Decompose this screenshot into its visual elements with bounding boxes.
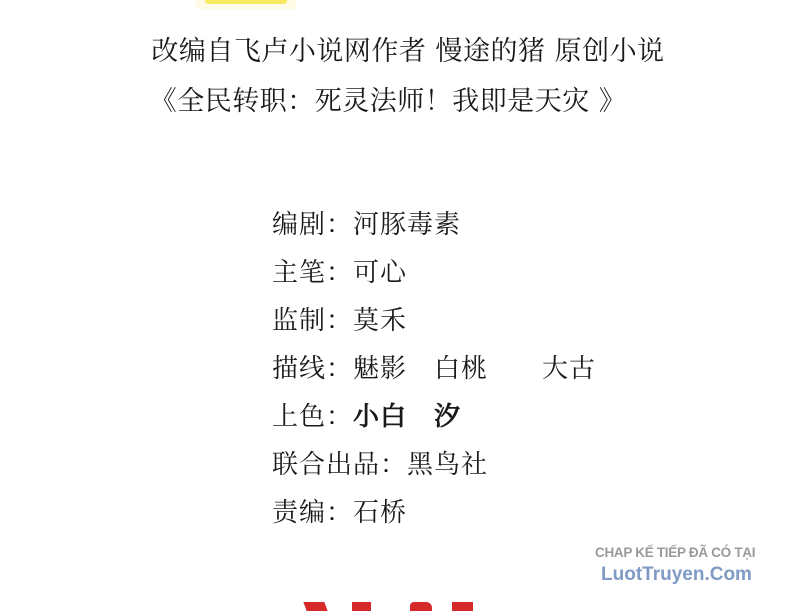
credit-row-line-art: 描线：魅影 白桃 大古 bbox=[272, 342, 596, 390]
watermark: CHAP KẾ TIẾP ĐÃ CÓ TẠI LuotTruyen.Com bbox=[595, 545, 795, 586]
credit-role: 责编： bbox=[272, 492, 353, 529]
credit-row-editor: 责编：石桥 bbox=[272, 486, 596, 534]
watermark-notice: CHAP KẾ TIẾP ĐÃ CÓ TẠI bbox=[595, 545, 795, 560]
credit-role: 编剧： bbox=[272, 204, 353, 241]
credit-row-screenwriter: 编剧：河豚毒素 bbox=[272, 198, 596, 246]
red-shape bbox=[303, 602, 327, 611]
red-shape bbox=[352, 602, 371, 611]
credit-role: 监制： bbox=[272, 300, 353, 337]
novel-title-line: 《全民转职：死灵法师！我即是天灾 》 bbox=[0, 86, 788, 118]
credit-role: 上色： bbox=[272, 396, 353, 433]
credit-value: 黑鸟社 bbox=[407, 444, 488, 481]
credit-value: 可心 bbox=[353, 252, 407, 289]
yellow-top-bar bbox=[205, 0, 287, 4]
red-title-fragment bbox=[0, 602, 800, 611]
credit-role: 主笔： bbox=[272, 252, 353, 289]
credit-value: 石桥 bbox=[353, 492, 407, 529]
credit-row-lead-artist: 主笔：可心 bbox=[272, 246, 596, 294]
credit-value: 莫禾 bbox=[353, 300, 407, 337]
credit-value: 河豚毒素 bbox=[353, 204, 461, 241]
credit-role: 联合出品： bbox=[272, 444, 407, 481]
red-shape bbox=[452, 602, 473, 611]
credit-row-supervisor: 监制：莫禾 bbox=[272, 294, 596, 342]
credit-row-coloring: 上色：小白 汐 bbox=[272, 390, 596, 438]
watermark-site-link[interactable]: LuotTruyen.Com bbox=[601, 564, 795, 586]
credit-role: 描线： bbox=[272, 348, 353, 385]
red-shape bbox=[410, 602, 432, 611]
source-credit-line: 改编自飞卢小说网作者 慢途的猪 原创小说 bbox=[8, 36, 800, 68]
credits-list: 编剧：河豚毒素 主笔：可心 监制：莫禾 描线：魅影 白桃 大古 上色：小白 汐 … bbox=[272, 198, 596, 534]
credit-row-co-production: 联合出品：黑鸟社 bbox=[272, 438, 596, 486]
credit-value: 小白 汐 bbox=[353, 396, 461, 433]
credit-value: 魅影 白桃 大古 bbox=[353, 348, 596, 385]
